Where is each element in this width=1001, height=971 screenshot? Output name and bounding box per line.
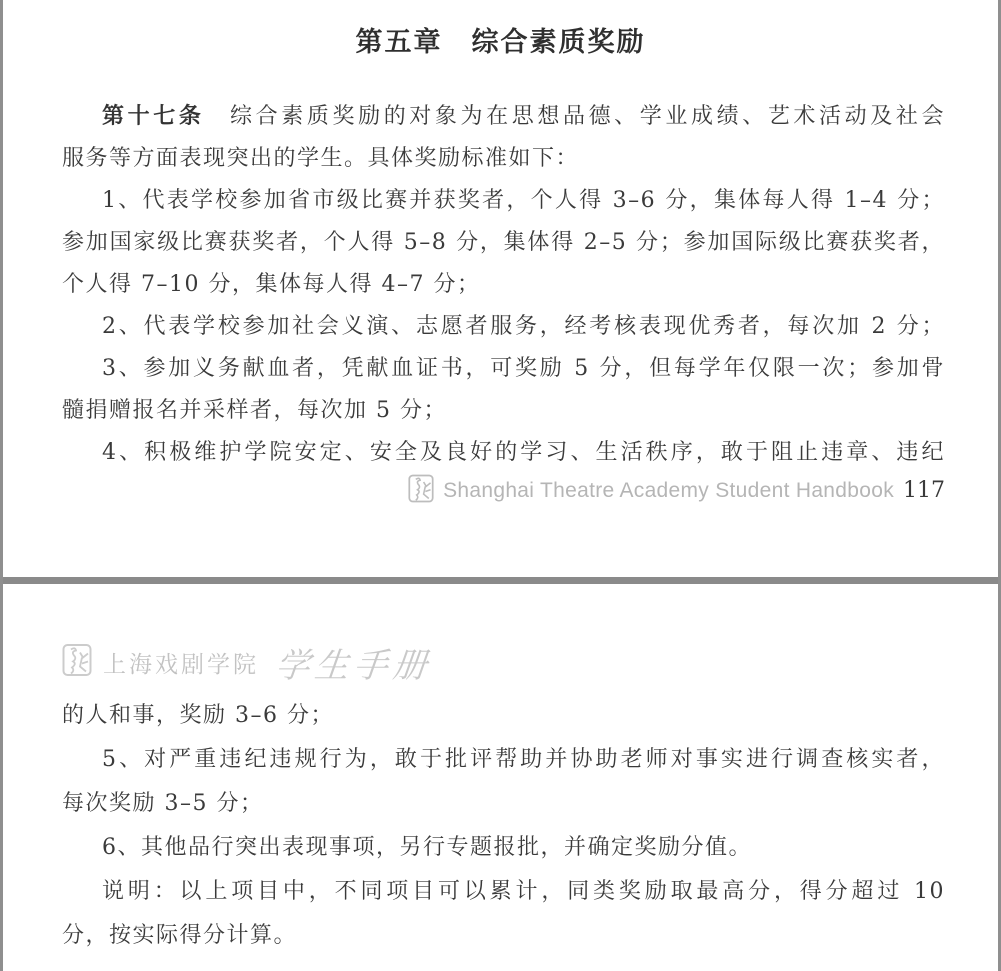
text-line: 2、代表学校参加社会义演、志愿者服务，经考核表现优秀者，每次加 2 分； xyxy=(62,306,945,348)
text-line: 1、代表学校参加省市级比赛并获奖者，个人得 3–6 分，集体每人得 1–4 分； xyxy=(62,180,945,222)
text-line: 的人和事，奖励 3–6 分； xyxy=(62,694,945,738)
page-edge-left xyxy=(0,0,3,971)
text-line: 说明：以上项目中，不同项目可以累计，同类奖励取最高分，得分超过 10 xyxy=(62,870,945,914)
document-scroll-view: 第五章 综合素质奖励 第十七条 综合素质奖励的对象为在思想品德、学业成绩、艺术活… xyxy=(0,0,1001,971)
chapter-title: 第五章 综合素质奖励 xyxy=(0,20,1001,59)
text-line: 服务等方面表现突出的学生。具体奖励标准如下： xyxy=(62,138,945,180)
page1-footer: Shanghai Theatre Academy Student Handboo… xyxy=(408,474,945,507)
sta-seal-icon xyxy=(62,643,92,681)
page2-body-text: 的人和事，奖励 3–6 分；5、对严重违纪违规行为，敢于批评帮助并协助老师对事实… xyxy=(62,694,945,958)
text-line: 4、积极维护学院安定、安全及良好的学习、生活秩序，敢于阻止违章、违纪 xyxy=(62,432,945,474)
footer-brand-text: Shanghai Theatre Academy Student Handboo… xyxy=(443,479,894,503)
page2-header: 上海戏剧学院 学生手册 xyxy=(62,640,432,684)
school-name: 上海戏剧学院 xyxy=(103,646,259,679)
text-line: 第十七条 综合素质奖励的对象为在思想品德、学业成绩、艺术活动及社会 xyxy=(62,96,945,138)
text-line: 3、参加义务献血者，凭献血证书，可奖励 5 分，但每学年仅限一次；参加骨 xyxy=(62,348,945,390)
text-line: 髓捐赠报名并采样者，每次加 5 分； xyxy=(62,390,945,432)
article-number-bold: 第十七条 xyxy=(102,104,204,129)
text-line: 每次奖励 3–5 分； xyxy=(62,782,945,826)
page-number: 117 xyxy=(903,478,945,503)
handbook-title: 学生手册 xyxy=(273,638,434,687)
text-line: 5、对严重违纪违规行为，敢于批评帮助并协助老师对事实进行调查核实者， xyxy=(62,738,945,782)
text-line: 参加国家级比赛获奖者，个人得 5–8 分，集体得 2–5 分；参加国际级比赛获奖… xyxy=(62,222,945,264)
sta-seal-icon xyxy=(408,474,434,507)
page-break-divider xyxy=(0,577,1001,584)
text-line: 分，按实际得分计算。 xyxy=(62,914,945,958)
page1-body-text: 第十七条 综合素质奖励的对象为在思想品德、学业成绩、艺术活动及社会服务等方面表现… xyxy=(62,96,945,474)
text-line: 6、其他品行突出表现事项，另行专题报批，并确定奖励分值。 xyxy=(62,826,945,870)
text-line: 个人得 7–10 分，集体每人得 4–7 分； xyxy=(62,264,945,306)
